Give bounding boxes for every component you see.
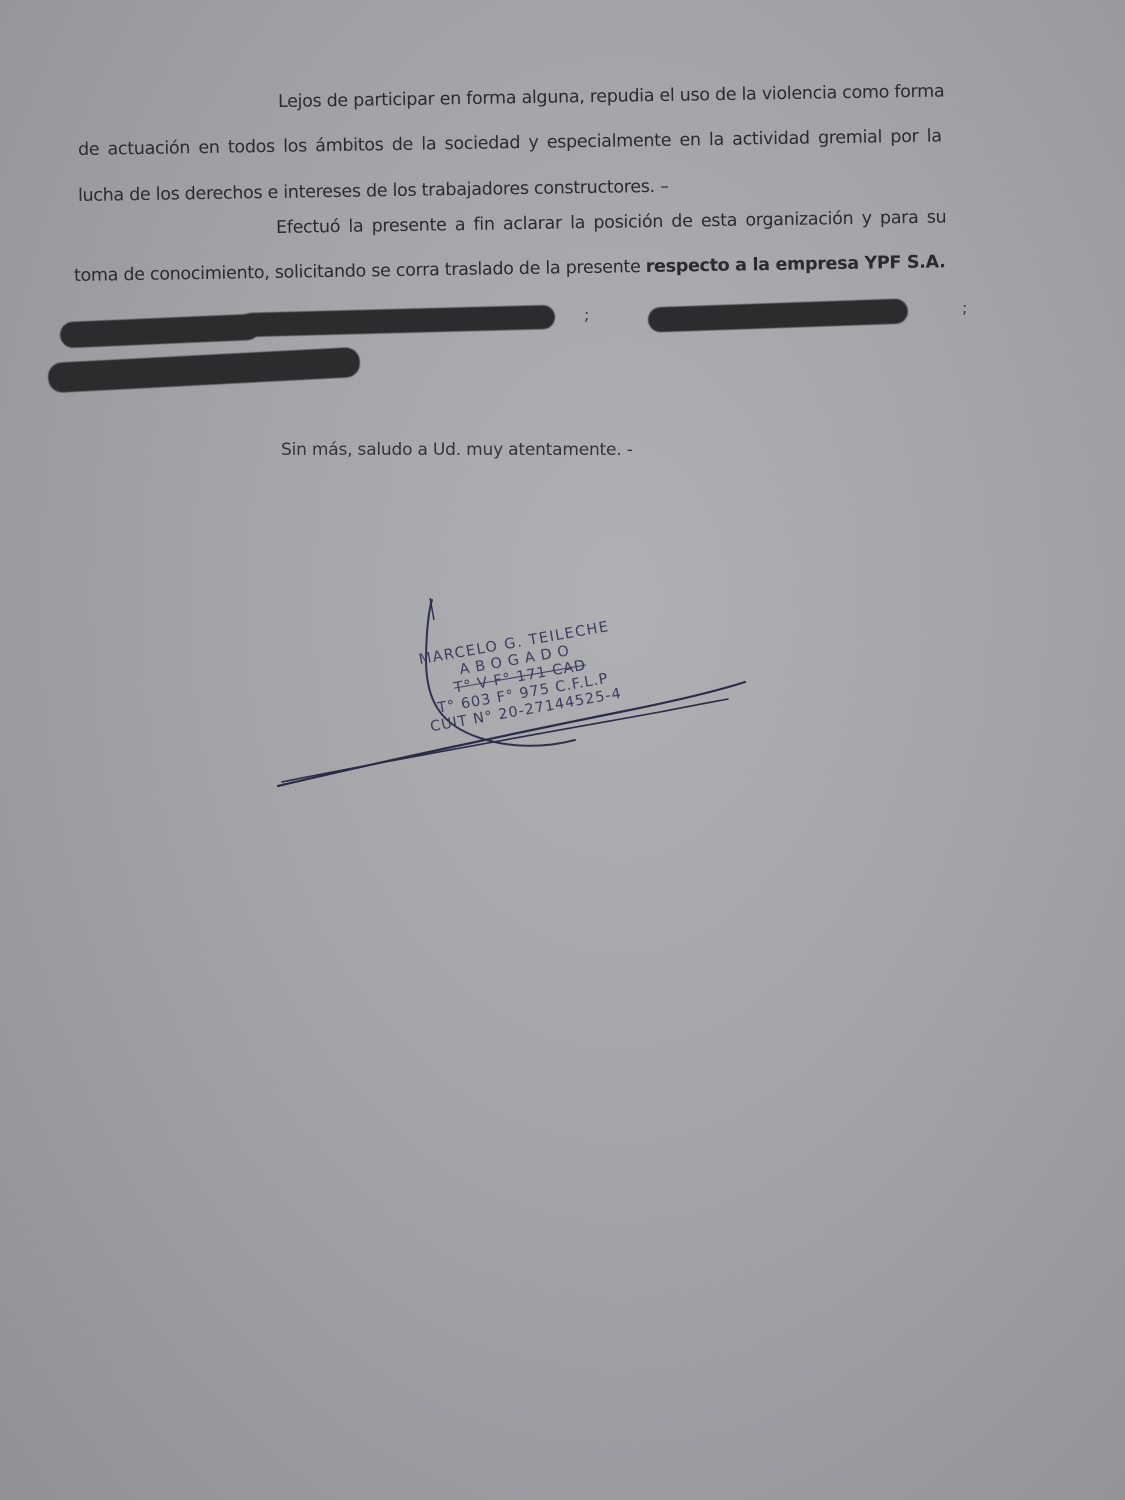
paragraph-2-regular-text: toma de conocimiento, solicitando se cor… (74, 257, 646, 286)
document-page: Lejos de participar en forma alguna, rep… (0, 0, 1125, 1500)
redaction-bar-1b (240, 305, 556, 337)
paragraph-2-line-1: Efectuó la presente a fin aclarar la pos… (276, 207, 947, 238)
paragraph-2-bold-text: respecto a la empresa YPF S.A. (646, 252, 946, 277)
lawyer-stamp: MARCELO G. TEILECHE ABOGADO T° V F° 171 … (375, 611, 675, 797)
redaction-bar-2 (648, 298, 909, 332)
redaction-separator-1: ; (584, 305, 589, 324)
paragraph-1-line-3: lucha de los derechos e intereses de los… (78, 177, 669, 206)
redaction-bar-1a (60, 314, 261, 349)
paragraph-1-line-2: de actuación en todos los ámbitos de la … (78, 126, 942, 160)
paragraph-2-line-2: toma de conocimiento, solicitando se cor… (74, 252, 946, 286)
redaction-bar-3 (47, 347, 360, 393)
redaction-separator-2: ; (962, 298, 967, 317)
closing-salutation: Sin más, saludo a Ud. muy atentamente. - (281, 440, 633, 460)
paragraph-1-line-1: Lejos de participar en forma alguna, rep… (278, 82, 945, 112)
